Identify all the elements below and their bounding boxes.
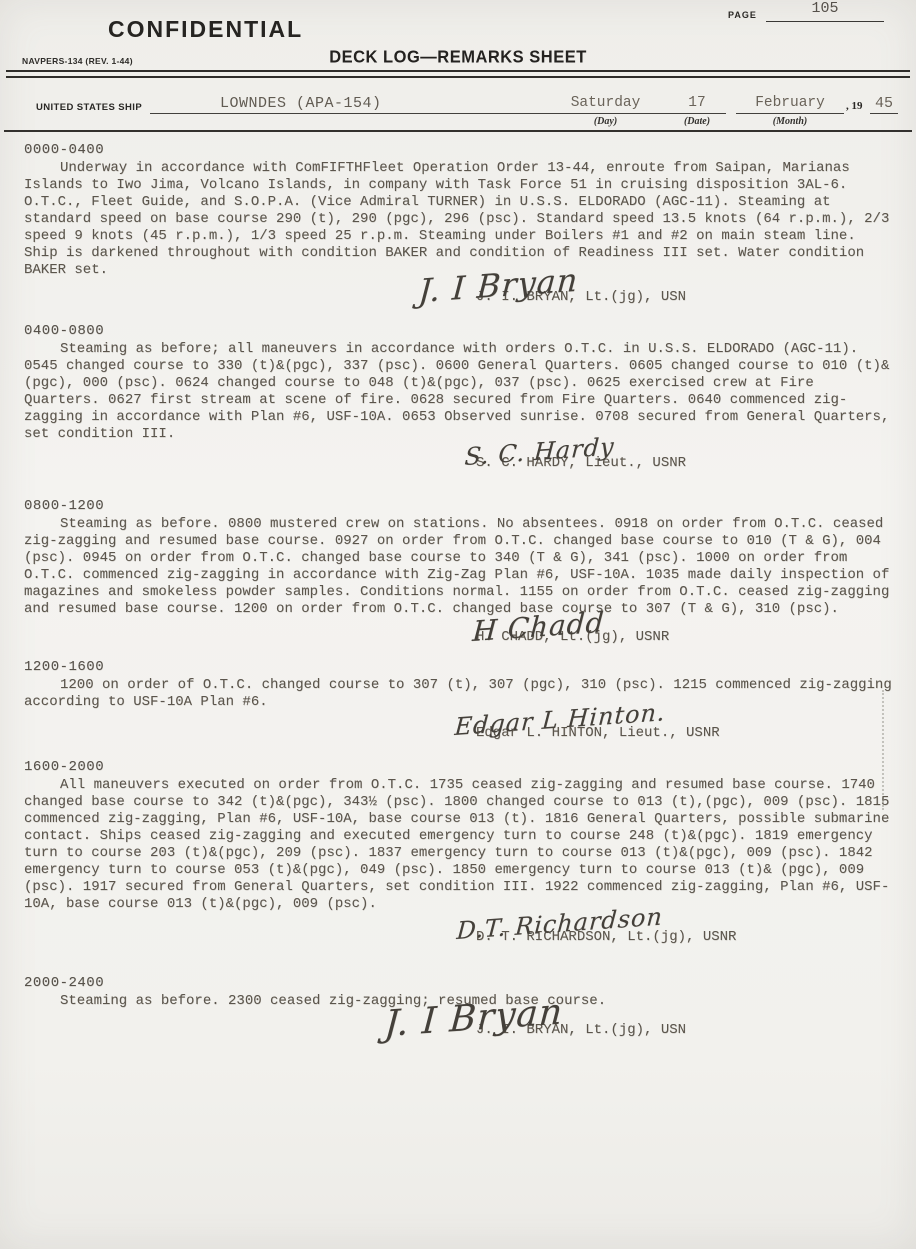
log-entry-0400-0800: 0400-0800 Steaming as before; all maneuv… <box>24 323 900 472</box>
date-group: Saturday (Day) 17 (Date) February (Month… <box>553 84 898 130</box>
date-label: (Date) <box>668 116 726 127</box>
page-number-line: 105 <box>766 0 884 22</box>
day-value: Saturday <box>553 95 658 111</box>
entry-period: 1600-2000 <box>24 759 900 776</box>
header-bottom-rule <box>4 130 912 132</box>
signature-block: S. C. Hardy S. C. HARDY, Lieut., USNR <box>476 449 806 472</box>
classification-stamp: CONFIDENTIAL <box>108 16 303 43</box>
log-entry-0800-1200: 0800-1200 Steaming as before. 0800 muste… <box>24 498 900 646</box>
day-label: (Day) <box>553 116 658 127</box>
ship-name: LOWNDES (APA-154) <box>220 95 382 112</box>
year-field: 45 <box>870 84 898 114</box>
month-value: February <box>736 95 844 111</box>
date-value: 17 <box>668 95 726 111</box>
log-entry-1600-2000: 1600-2000 All maneuvers executed on orde… <box>24 759 900 946</box>
entry-period: 0000-0400 <box>24 142 900 159</box>
signature-block: Edgar L Hinton. Edgar L. HINTON, Lieut.,… <box>476 719 806 742</box>
year-value: 45 <box>870 95 898 112</box>
log-entry-2000-2400: 2000-2400 Steaming as before. 2300 cease… <box>24 975 900 1039</box>
entry-text: All maneuvers executed on order from O.T… <box>24 777 896 913</box>
date-field: 17 (Date) <box>668 84 726 114</box>
header-double-rule <box>6 70 910 78</box>
day-field: Saturday (Day) <box>553 84 658 114</box>
page-number: 105 <box>811 0 838 17</box>
ship-date-row: UNITED STATES SHIP LOWNDES (APA-154) Sat… <box>0 84 916 130</box>
log-entry-1200-1600: 1200-1600 1200 on order of O.T.C. change… <box>24 659 900 742</box>
entry-period: 1200-1600 <box>24 659 900 676</box>
month-label: (Month) <box>736 116 844 127</box>
entry-period: 0400-0800 <box>24 323 900 340</box>
signature-block: H Chadd H. CHADD, Lt.(jg), USNR <box>476 623 806 646</box>
signature-block: D.T. Richardson D. T. RICHARDSON, Lt.(jg… <box>476 923 806 946</box>
log-entries: 0000-0400 Underway in accordance with Co… <box>24 136 900 1039</box>
signature-block: J. I Bryan J. I. BRYAN, Lt.(jg), USN <box>476 283 806 306</box>
deck-log-remarks-sheet: CONFIDENTIAL PAGE 105 NAVPERS-134 (REV. … <box>0 0 916 1249</box>
log-entry-0000-0400: 0000-0400 Underway in accordance with Co… <box>24 142 900 306</box>
year-prefix: , 19 <box>846 100 863 112</box>
month-field: February (Month) <box>736 84 844 114</box>
form-title: DECK LOG—REMARKS SHEET <box>0 47 916 68</box>
signature-block: J. I Bryan J. I. BRYAN, Lt.(jg), USN <box>476 1016 806 1039</box>
ship-label: UNITED STATES SHIP <box>36 102 142 113</box>
entry-period: 0800-1200 <box>24 498 900 515</box>
page-label: PAGE <box>728 10 757 20</box>
scan-speck-marks <box>880 690 884 810</box>
